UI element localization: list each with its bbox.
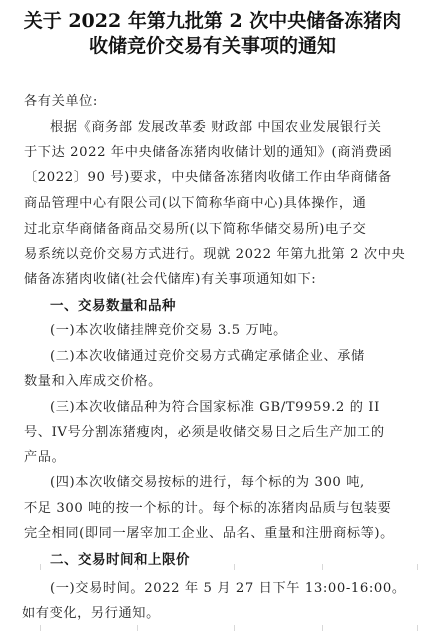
grid-tick [40, 625, 41, 631]
intro-line: 根据《商务部 发展改革委 财政部 中国农业发展银行关 [50, 116, 425, 135]
grid-tick [322, 564, 323, 570]
section-1-heading: 一、交易数量和品种 [50, 294, 176, 314]
intro-line: 商品管理中心有限公司(以下简称华商中心)具体操作，通 [24, 192, 409, 211]
document-title-line-2: 收储竞价交易有关事项的通知 [0, 31, 425, 58]
intro-line: 于下达 2022 年中央储备冻猪肉收储计划的通知》(商消费函 [24, 141, 409, 160]
section-1-item-3-cont: 产品。 [24, 446, 409, 465]
section-2-item-1-cont: 如有变化，另行通知。 [22, 602, 407, 621]
intro-line: 〔2022〕90 号)要求，中央储备冻猪肉收储工作由华商储备 [24, 166, 409, 185]
grid-tick [417, 625, 418, 631]
grid-tick [137, 564, 138, 570]
section-1-item-4: (四)本次收储交易按标的进行，每个标的为 300 吨, [50, 471, 425, 490]
section-1-item-2: (二)本次收储通过竞价交易方式确定承储企业、承储 [50, 345, 425, 364]
grid-tick [417, 564, 418, 570]
section-1-item-4-cont: 不足 300 吨的按一个标的计。每个标的冻猪肉品质与包装要 [24, 497, 409, 516]
salutation: 各有关单位: [24, 90, 409, 109]
section-1-item-3-cont: 号、IV号分割冻猪瘦肉，必须是收储交易日之后生产加工的 [24, 421, 409, 440]
section-1-item-2-cont: 数量和入库成交价格。 [24, 370, 409, 389]
grid-tick [322, 625, 323, 631]
section-2-item-1: (一)交易时间。2022 年 5 月 27 日下午 13:00-16:00。 [50, 577, 425, 596]
grid-tick [137, 625, 138, 631]
section-1-item-1: (一)本次收储挂牌竞价交易 3.5 万吨。 [50, 319, 425, 338]
intro-line: 过北京华商储备商品交易所(以下简称华储交易所)电子交 [24, 218, 409, 237]
grid-tick [234, 625, 235, 631]
grid-tick [234, 564, 235, 570]
intro-line: 易系统以竞价交易方式进行。现就 2022 年第九批第 2 次中央 [24, 243, 409, 262]
document-title-line-1: 关于 2022 年第九批第 2 次中央储备冻猪肉 [0, 6, 425, 33]
intro-line: 储备冻猪肉收储(社会代储库)有关事项通知如下: [24, 268, 409, 287]
grid-tick [40, 564, 41, 570]
section-1-item-3: (三)本次收储品种为符合国家标准 GB/T9959.2 的 II [50, 396, 425, 415]
section-1-item-4-cont: 完全相同(即同一屠宰加工企业、品名、重量和注册商标等)。 [24, 522, 409, 541]
section-2-heading: 二、交易时间和上限价 [50, 548, 190, 568]
